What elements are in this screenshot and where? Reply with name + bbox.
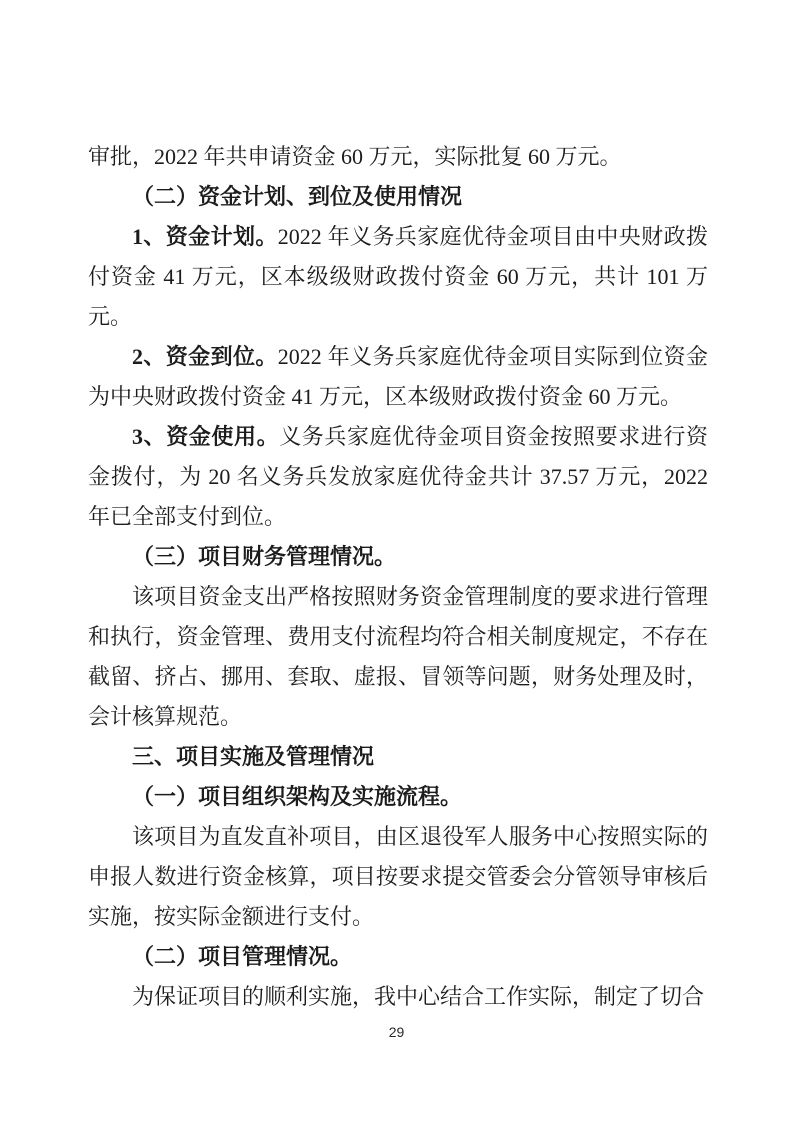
paragraph-project-management: 为保证项目的顺利实施，我中心结合工作实际，制定了切合 bbox=[88, 977, 708, 1017]
heading-implementation-section: 三、项目实施及管理情况 bbox=[88, 737, 708, 777]
paragraph-funding-usage-lead: 3、资金使用。 bbox=[132, 424, 279, 449]
heading-financial-management: （三）项目财务管理情况。 bbox=[88, 537, 708, 577]
paragraph-funding-arrival-lead: 2、资金到位。 bbox=[132, 344, 278, 369]
paragraph-funding-arrival: 2、资金到位。2022 年义务兵家庭优待金项目实际到位资金为中央财政拨付资金 4… bbox=[88, 337, 708, 417]
paragraph-funding-usage: 3、资金使用。义务兵家庭优待金项目资金按照要求进行资金拨付，为 20 名义务兵发… bbox=[88, 417, 708, 537]
heading-funding-section: （二）资金计划、到位及使用情况 bbox=[88, 177, 708, 217]
paragraph-carryover: 审批，2022 年共申请资金 60 万元，实际批复 60 万元。 bbox=[88, 137, 708, 177]
paragraph-organization-structure: 该项目为直发直补项目，由区退役军人服务中心按照实际的申报人数进行资金核算，项目按… bbox=[88, 817, 708, 937]
page-number: 29 bbox=[0, 1024, 793, 1040]
paragraph-funding-plan: 1、资金计划。2022 年义务兵家庭优待金项目由中央财政拨付资金 41 万元，区… bbox=[88, 217, 708, 337]
heading-project-management: （二）项目管理情况。 bbox=[88, 937, 708, 977]
paragraph-financial-management: 该项目资金支出严格按照财务资金管理制度的要求进行管理和执行，资金管理、费用支付流… bbox=[88, 577, 708, 737]
document-content: 审批，2022 年共申请资金 60 万元，实际批复 60 万元。 （二）资金计划… bbox=[88, 137, 708, 1017]
paragraph-funding-plan-lead: 1、资金计划。 bbox=[132, 224, 278, 249]
heading-organization-structure: （一）项目组织架构及实施流程。 bbox=[88, 777, 708, 817]
document-page: 审批，2022 年共申请资金 60 万元，实际批复 60 万元。 （二）资金计划… bbox=[0, 0, 793, 1122]
